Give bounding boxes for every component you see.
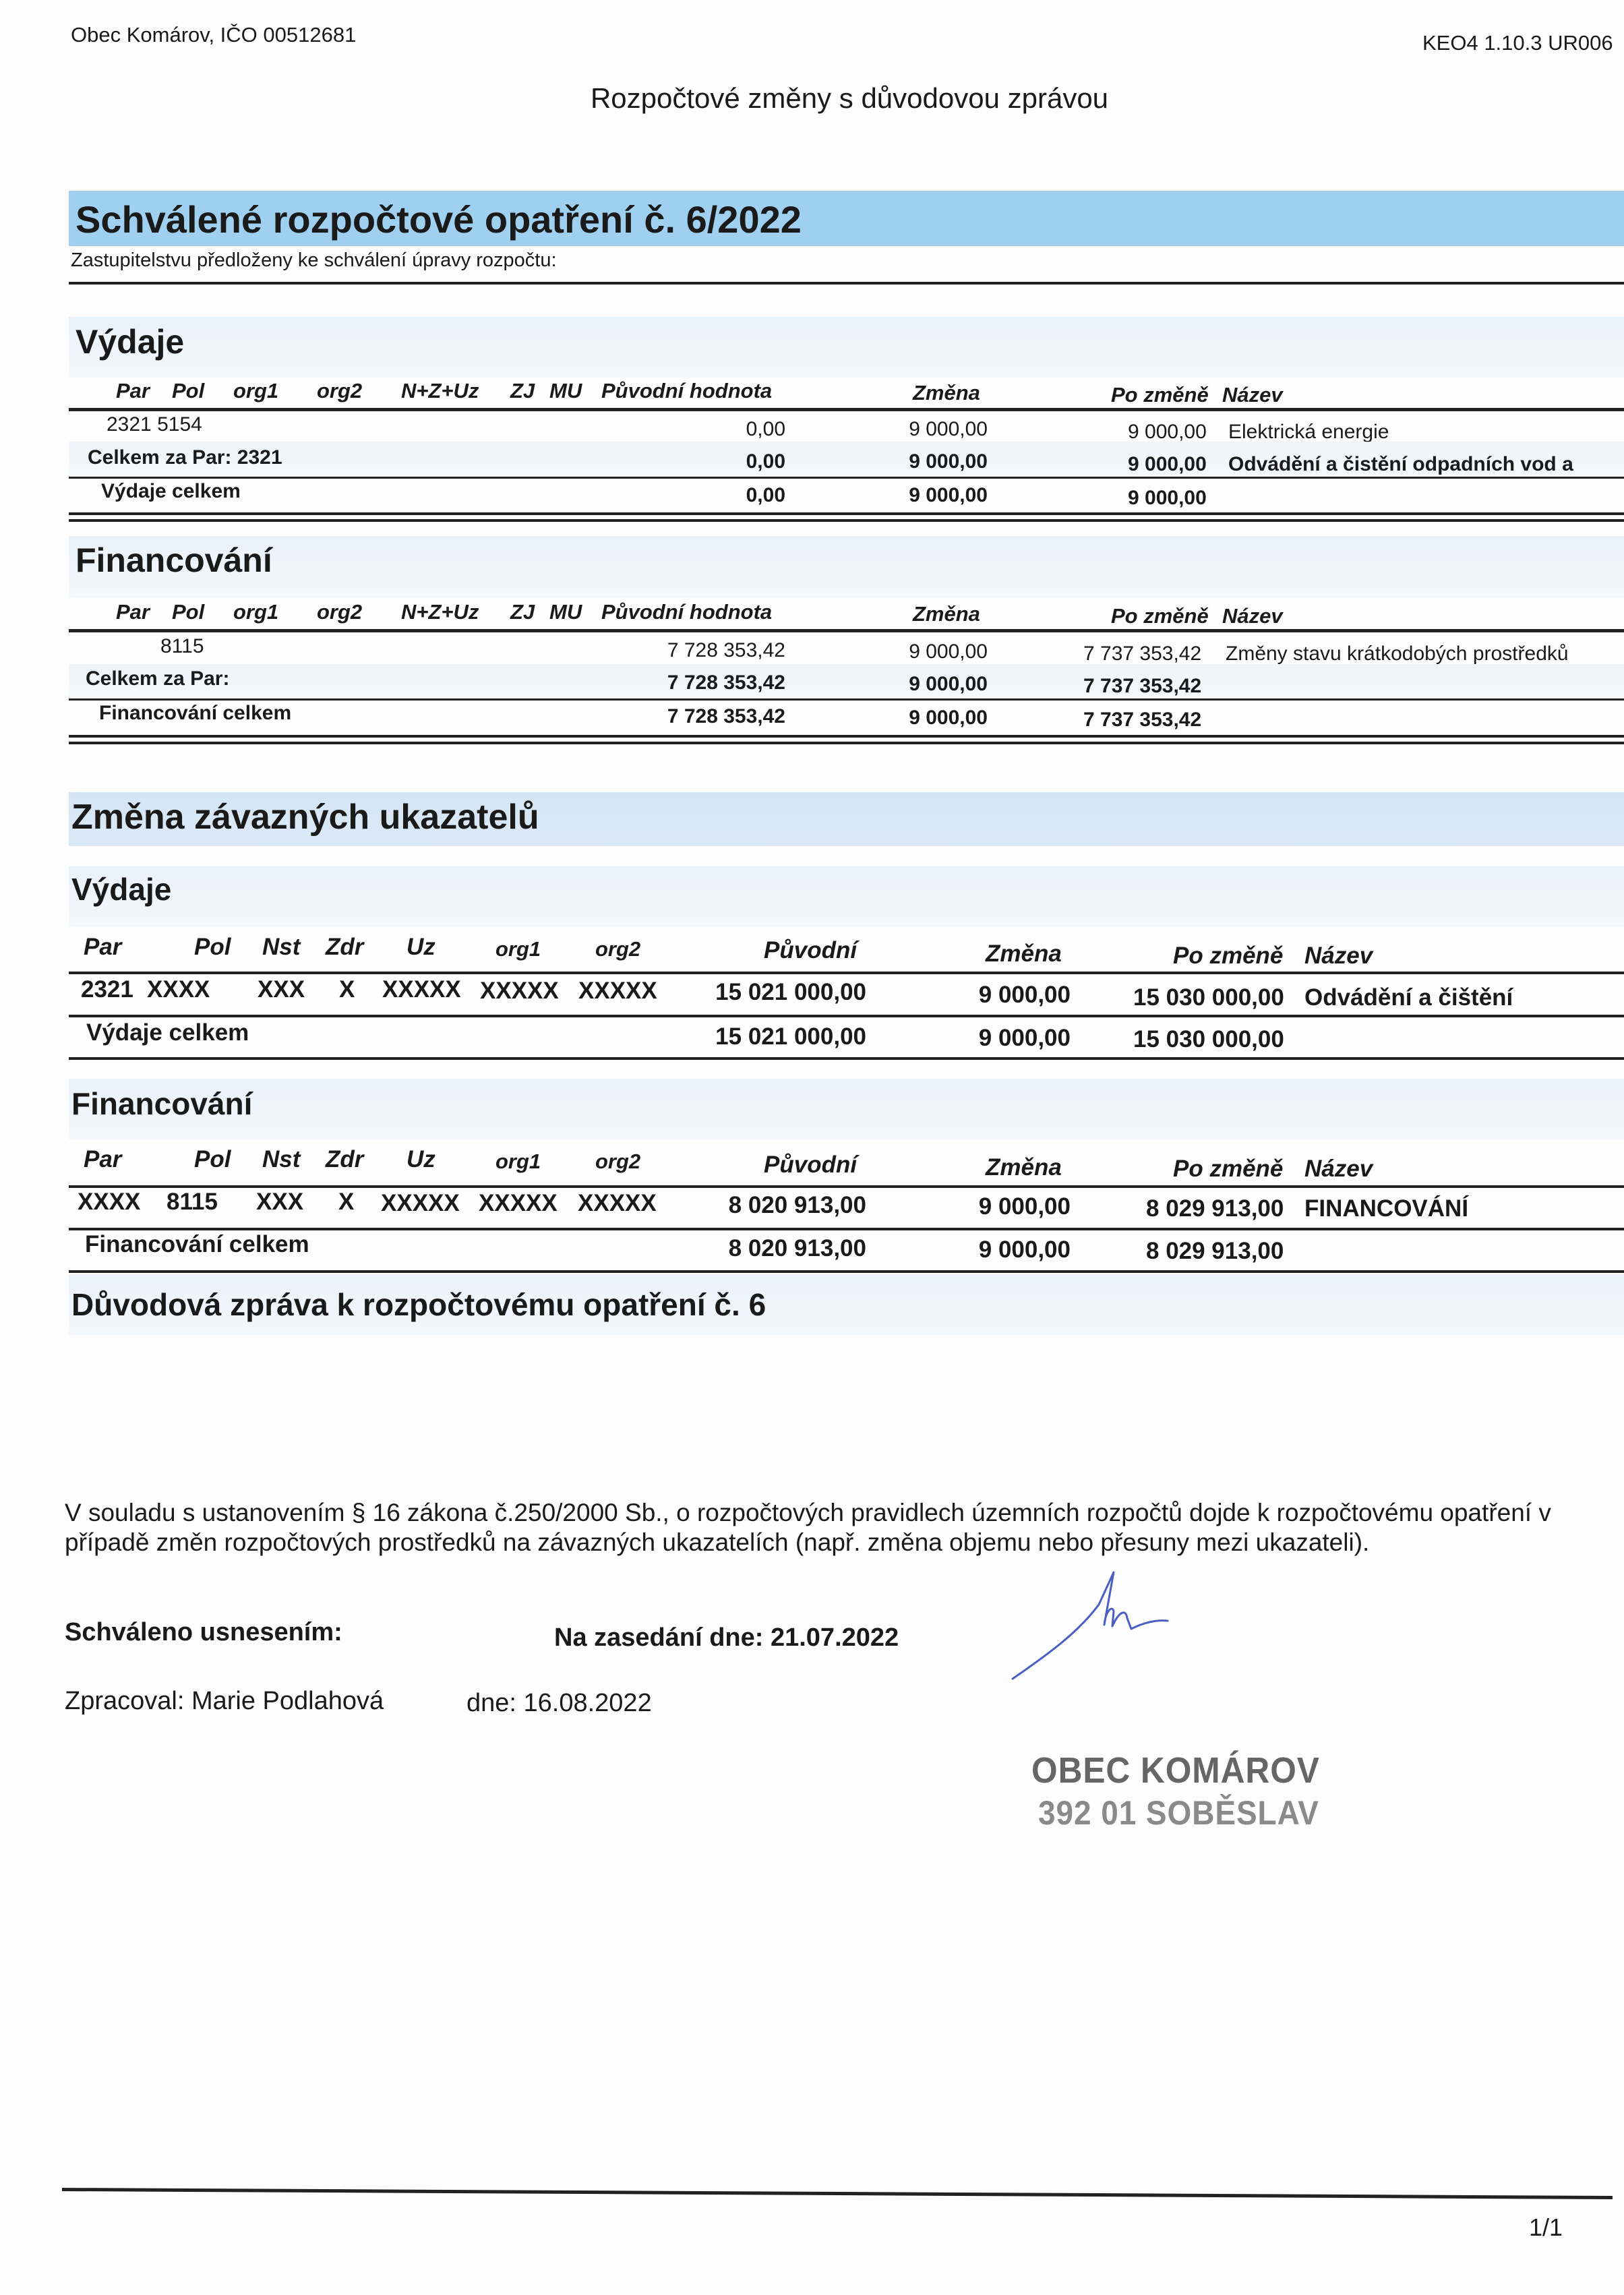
row-zdr: X [339,976,355,1003]
col-org1: org1 [495,1150,541,1174]
col-zmena: Změna [986,941,1062,967]
col-nzuz: N+Z+Uz [401,379,479,403]
row-org1: XXXXX [480,978,559,1005]
section-band [69,536,1624,598]
col-po-zmene: Po změně [1111,604,1209,628]
section-title-vydaje: Výdaje [76,322,184,361]
row-pol: 8115 [167,1189,218,1216]
col-zdr: Zdr [326,1146,363,1173]
col-po-zmene: Po změně [1173,943,1283,970]
col-zmena: Změna [986,1154,1062,1181]
col-par: Par [116,379,150,403]
subtotal-label: Celkem za Par: 2321 [88,446,282,469]
total-po-zmene: 9 000,00 [1128,487,1207,510]
row-nst: XXX [256,1189,303,1216]
row-zdr: X [338,1189,354,1216]
footer-rule [62,2188,1613,2199]
col-org1: org1 [495,937,541,961]
measure-title-band: Schválené rozpočtové opatření č. 6/2022 [69,191,1624,246]
row-puvodni: 0,00 [607,418,785,441]
col-nazev: Název [1222,604,1283,628]
row-uz: XXXXX [382,976,461,1003]
col-mu: MU [549,600,582,624]
row-nazev: FINANCOVÁNÍ [1304,1195,1468,1222]
row-org2: XXXXX [578,1190,657,1217]
report-paragraph: V souladu s ustanovením § 16 zákona č.25… [65,1498,1615,1557]
col-org2: org2 [595,937,640,961]
col-zj: ZJ [510,379,535,403]
double-rule [69,735,1624,738]
col-po-zmene: Po změně [1111,383,1209,407]
subsection-title-vydaje: Výdaje [71,871,171,907]
row-rule [69,698,1624,701]
col-po-zmene: Po změně [1173,1156,1283,1183]
row-zmena: 9 000,00 [910,1193,1071,1220]
col-org2: org2 [317,379,362,403]
report-title: Důvodová zpráva k rozpočtovému opatření … [71,1286,766,1323]
col-nazev: Název [1304,943,1373,970]
stamp-line2: 392 01 SOBĚSLAV [1038,1793,1319,1832]
measure-subtitle: Zastupitelstvu předloženy ke schválení ú… [71,249,557,272]
row-org2: XXXXX [578,978,657,1005]
row-code: 2321 5154 [107,413,202,436]
page-number: 1/1 [1529,2213,1563,2242]
col-zmena: Změna [913,602,980,626]
stamp-line1: OBEC KOMÁROV [1031,1750,1320,1791]
row-uz: XXXXX [381,1190,460,1217]
col-pol: Pol [194,934,231,961]
row-nazev: Změny stavu krátkodobých prostředků [1226,643,1569,665]
subtotal-po-zmene: 9 000,00 [1128,453,1207,476]
row-nazev: Odvádění a čištění [1304,984,1513,1011]
total-label: Financování celkem [85,1231,309,1258]
section-title-ukazatele: Změna závazných ukazatelů [71,797,539,837]
divider [69,282,1624,285]
row-code: 8115 [160,635,204,658]
section-band [69,1079,1624,1139]
header-rule [69,972,1624,974]
col-uz: Uz [407,1146,435,1173]
row-zmena: 9 000,00 [843,640,988,663]
row-zmena: 9 000,00 [910,982,1071,1009]
total-label: Výdaje celkem [86,1019,249,1046]
col-puvodni: Původní [764,1152,857,1179]
subtotal-puvodni: 7 728 353,42 [607,672,785,694]
row-po-zmene: 9 000,00 [1128,421,1207,444]
col-puvodni: Původní hodnota [601,379,772,403]
subtotal-zmena: 9 000,00 [843,673,988,696]
section-title-financovani: Financování [76,541,272,580]
subtotal-puvodni: 0,00 [607,450,785,473]
total-zmena: 9 000,00 [910,1236,1071,1263]
row-nazev: Elektrická energie [1228,421,1389,444]
col-pol: Pol [172,379,204,403]
header-rule [69,408,1624,411]
measure-title: Schválené rozpočtové opatření č. 6/2022 [76,198,802,241]
total-po-zmene: 7 737 353,42 [1083,709,1201,732]
col-nst: Nst [262,1146,300,1173]
row-po-zmene: 7 737 353,42 [1083,643,1201,665]
row-pol: XXXX [147,976,210,1003]
col-zmena: Změna [913,381,980,405]
header-rule [69,629,1624,632]
col-nzuz: N+Z+Uz [401,600,479,624]
total-label: Financování celkem [99,702,291,725]
row-rule [69,477,1624,479]
col-org1: org1 [233,600,278,624]
col-org2: org2 [595,1150,640,1174]
subtotal-po-zmene: 7 737 353,42 [1083,675,1201,698]
row-nst: XXX [258,976,305,1003]
subsection-title-financovani: Financování [71,1085,252,1122]
col-org2: org2 [317,600,362,624]
col-par: Par [84,934,121,961]
col-zj: ZJ [510,600,535,624]
col-par: Par [84,1146,121,1173]
row-puvodni: 15 021 000,00 [674,979,866,1006]
col-nazev: Název [1304,1156,1373,1183]
total-puvodni: 7 728 353,42 [607,705,785,728]
document-title: Rozpočtové změny s důvodovou zprávou [0,82,1624,115]
double-rule [69,519,1624,522]
total-zmena: 9 000,00 [843,707,988,729]
total-puvodni: 0,00 [607,484,785,507]
row-rule [69,1015,1624,1017]
signature-icon [1011,1564,1213,1699]
total-puvodni: 8 020 913,00 [674,1235,866,1262]
col-puvodni: Původní hodnota [601,600,772,624]
col-zdr: Zdr [326,934,363,961]
prepared-date: dne: 16.08.2022 [467,1689,652,1718]
subtotal-nazev: Odvádění a čistění odpadních vod a [1228,453,1573,476]
row-po-zmene: 15 030 000,00 [1133,984,1284,1011]
header-rule [69,1185,1624,1188]
subtotal-zmena: 9 000,00 [843,450,988,473]
col-org1: org1 [233,379,278,403]
col-mu: MU [549,379,582,403]
row-zmena: 9 000,00 [843,418,988,441]
approved-label: Schváleno usnesením: [65,1618,342,1647]
total-zmena: 9 000,00 [910,1025,1071,1052]
col-pol: Pol [194,1146,231,1173]
row-puvodni: 8 020 913,00 [674,1192,866,1219]
meeting-date: Na zasedání dne: 21.07.2022 [554,1623,899,1652]
double-rule [69,512,1624,515]
row-puvodni: 7 728 353,42 [607,639,785,662]
section-band [69,317,1624,378]
double-rule [69,742,1624,744]
total-po-zmene: 15 030 000,00 [1133,1026,1284,1053]
col-pol: Pol [172,600,204,624]
section-band [69,866,1624,927]
total-label: Výdaje celkem [101,480,241,503]
row-org1: XXXXX [479,1190,558,1217]
total-zmena: 9 000,00 [843,484,988,507]
total-po-zmene: 8 029 913,00 [1146,1238,1284,1265]
row-rule [69,1228,1624,1230]
table-end-rule [69,1270,1624,1273]
col-nst: Nst [262,934,300,961]
col-nazev: Název [1222,383,1283,407]
row-po-zmene: 8 029 913,00 [1146,1195,1284,1222]
col-uz: Uz [407,934,435,961]
col-par: Par [116,600,150,624]
row-par: XXXX [78,1189,140,1216]
subtotal-label: Celkem za Par: [86,667,229,690]
col-puvodni: Původní [764,937,857,964]
row-par: 2321 [81,976,133,1003]
prepared-by: Zpracoval: Marie Podlahová [65,1687,384,1716]
total-puvodni: 15 021 000,00 [674,1023,866,1050]
software-version: KEO4 1.10.3 UR006 [1422,31,1613,55]
organization-id: Obec Komárov, IČO 00512681 [71,23,356,47]
table-end-rule [69,1057,1624,1060]
